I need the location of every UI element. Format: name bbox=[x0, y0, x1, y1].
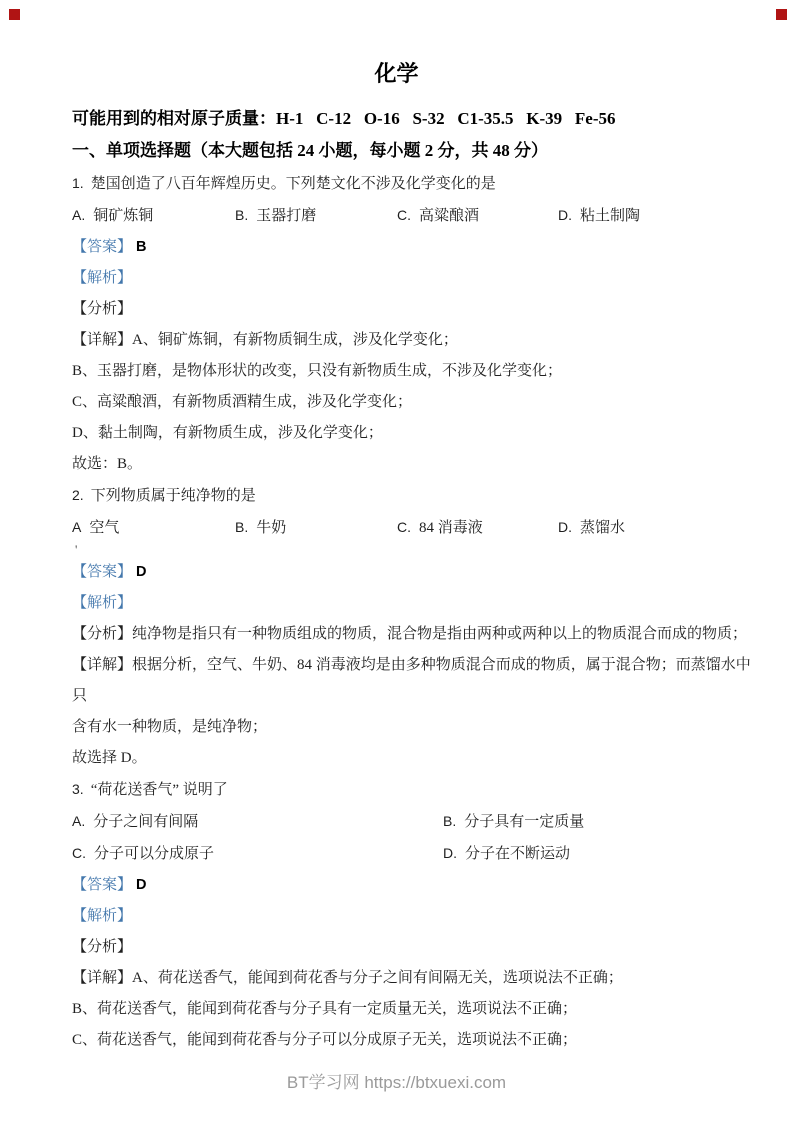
question-3-text: “荷花送香气” 说明了 bbox=[91, 782, 228, 798]
atomic-mass-line: 可能用到的相对原子质量：H-1 C-12 O-16 S-32 C1-35.5 K… bbox=[72, 106, 737, 132]
question-3-stem: 3.“荷花送香气” 说明了 bbox=[72, 774, 753, 806]
question-2-detail-line: 含有水一种物质，是纯净物； bbox=[72, 712, 753, 743]
corner-mark-right-icon bbox=[776, 9, 787, 20]
option-text: 粘土制陶 bbox=[580, 208, 640, 224]
question-3-option-a: A.分子之间有间隔 bbox=[72, 806, 443, 838]
jiexi-label: 【解析】 bbox=[72, 908, 132, 924]
question-1-jiexi-row: 【解析】 bbox=[72, 263, 753, 294]
jiexi-label: 【解析】 bbox=[72, 595, 132, 611]
option-text: 高粱酿酒 bbox=[419, 208, 479, 224]
question-1-detail-line: B、玉器打磨，是物体形状的改变，只没有新物质生成，不涉及化学变化； bbox=[72, 356, 753, 387]
question-3-option-d: D.分子在不断运动 bbox=[443, 838, 773, 870]
question-3-options-row-2: C.分子可以分成原子 D.分子在不断运动 bbox=[72, 838, 773, 870]
question-1-option-a: A.铜矿炼铜 bbox=[72, 200, 235, 232]
option-letter: B. bbox=[235, 207, 248, 223]
question-3-jiexi-row: 【解析】 bbox=[72, 901, 753, 932]
option-letter: A. bbox=[72, 207, 85, 223]
question-1-stem: 1.楚国创造了八百年辉煌历史。下列楚文化不涉及化学变化的是 bbox=[72, 168, 753, 200]
option-letter: A. bbox=[72, 813, 85, 829]
question-2-option-c: C.84 消毒液 bbox=[397, 512, 558, 544]
question-1-option-b: B.玉器打磨 bbox=[235, 200, 397, 232]
answer-label: 【答案】 bbox=[72, 239, 132, 255]
question-2-option-b: B.牛奶 bbox=[235, 512, 397, 544]
question-1-fenxi-row: 【分析】 bbox=[72, 294, 753, 325]
option-letter: B. bbox=[443, 813, 456, 829]
option-text: 分子之间有间隔 bbox=[93, 814, 198, 830]
question-2-text: 下列物质属于纯净物的是 bbox=[91, 488, 256, 504]
question-3-detail-line: C、荷花送香气，能闻到荷花香与分子可以分成原子无关，选项说法不正确； bbox=[72, 1025, 753, 1056]
option-text: 蒸馏水 bbox=[580, 520, 625, 536]
jiexi-label: 【解析】 bbox=[72, 270, 132, 286]
option-letter: D. bbox=[558, 519, 572, 535]
question-1-number: 1. bbox=[72, 175, 84, 191]
question-2-fenxi-row: 【分析】纯净物是指只有一种物质组成的物质，混合物是指由两种或两种以上的物质混合而… bbox=[72, 619, 753, 650]
corner-mark-left-icon bbox=[9, 9, 20, 20]
question-2-stem: 2.下列物质属于纯净物的是 bbox=[72, 480, 753, 512]
watermark-footer: BT学习网 https://btxuexi.com bbox=[0, 1068, 793, 1093]
question-1-detail-line: 【详解】A、铜矿炼铜，有新物质铜生成，涉及化学变化； bbox=[72, 325, 753, 356]
option-text: 玉器打磨 bbox=[256, 208, 316, 224]
document-page: 化学 可能用到的相对原子质量：H-1 C-12 O-16 S-32 C1-35.… bbox=[0, 0, 793, 1122]
question-3-options-row-1: A.分子之间有间隔 B.分子具有一定质量 bbox=[72, 806, 773, 838]
question-1-options: A.铜矿炼铜 B.玉器打磨 C.高粱酿酒 D.粘土制陶 bbox=[72, 200, 773, 232]
question-2-answer-row: 【答案】D bbox=[72, 557, 753, 588]
question-2-option-d: D.蒸馏水 bbox=[558, 512, 773, 544]
question-3-fenxi-row: 【分析】 bbox=[72, 932, 753, 963]
answer-label: 【答案】 bbox=[72, 564, 132, 580]
question-3-option-c: C.分子可以分成原子 bbox=[72, 838, 443, 870]
answer-label: 【答案】 bbox=[72, 877, 132, 893]
question-3-detail-line: B、荷花送香气，能闻到荷花香与分子具有一定质量无关，选项说法不正确； bbox=[72, 994, 753, 1025]
question-1-option-c: C.高粱酿酒 bbox=[397, 200, 558, 232]
question-1-answer-row: 【答案】B bbox=[72, 232, 753, 263]
option-text: 牛奶 bbox=[256, 520, 286, 536]
question-2-jiexi-row: 【解析】 bbox=[72, 588, 753, 619]
option-text: 分子在不断运动 bbox=[465, 846, 570, 862]
question-1-answer-value: B bbox=[136, 239, 146, 255]
question-1-detail-line: C、高粱酿酒，有新物质酒精生成，涉及化学变化； bbox=[72, 387, 753, 418]
question-3-detail-line: 【详解】A、荷花送香气，能闻到荷花香与分子之间有间隔无关，选项说法不正确； bbox=[72, 963, 753, 994]
section-heading: 一、单项选择题（本大题包括 24 小题，每小题 2 分，共 48 分） bbox=[72, 138, 737, 164]
question-3-number: 3. bbox=[72, 781, 84, 797]
option-letter: D. bbox=[443, 845, 457, 861]
option-letter: D. bbox=[558, 207, 572, 223]
question-3-answer-row: 【答案】D bbox=[72, 870, 753, 901]
question-2-option-a: A空气 bbox=[72, 512, 235, 544]
option-text: 铜矿炼铜 bbox=[93, 208, 153, 224]
option-letter: A bbox=[72, 519, 81, 535]
question-1-option-d: D.粘土制陶 bbox=[558, 200, 773, 232]
question-3-option-b: B.分子具有一定质量 bbox=[443, 806, 773, 838]
question-2-options: A空气 B.牛奶 C.84 消毒液 D.蒸馏水 bbox=[72, 512, 773, 544]
page-title: 化学 bbox=[0, 60, 793, 88]
option-letter: C. bbox=[397, 207, 411, 223]
option-text: 分子具有一定质量 bbox=[464, 814, 584, 830]
question-2-number: 2. bbox=[72, 487, 84, 503]
option-text: 84 消毒液 bbox=[419, 520, 483, 536]
option-text: 空气 bbox=[89, 520, 119, 536]
question-1-conclusion: 故选：B。 bbox=[72, 449, 753, 480]
question-2-answer-value: D bbox=[136, 564, 146, 580]
question-2-conclusion: 故选择 D。 bbox=[72, 743, 753, 774]
question-3-answer-value: D bbox=[136, 877, 146, 893]
question-1-text: 楚国创造了八百年辉煌历史。下列楚文化不涉及化学变化的是 bbox=[91, 176, 496, 192]
option-letter: B. bbox=[235, 519, 248, 535]
option-letter: C. bbox=[72, 845, 86, 861]
question-1-detail-line: D、黏土制陶，有新物质生成，涉及化学变化； bbox=[72, 418, 753, 449]
option-letter: C. bbox=[397, 519, 411, 535]
stray-mark: ' bbox=[75, 544, 793, 557]
question-2-detail-line: 【详解】根据分析，空气、牛奶、84 消毒液均是由多种物质混合而成的物质，属于混合… bbox=[72, 650, 753, 712]
option-text: 分子可以分成原子 bbox=[94, 846, 214, 862]
